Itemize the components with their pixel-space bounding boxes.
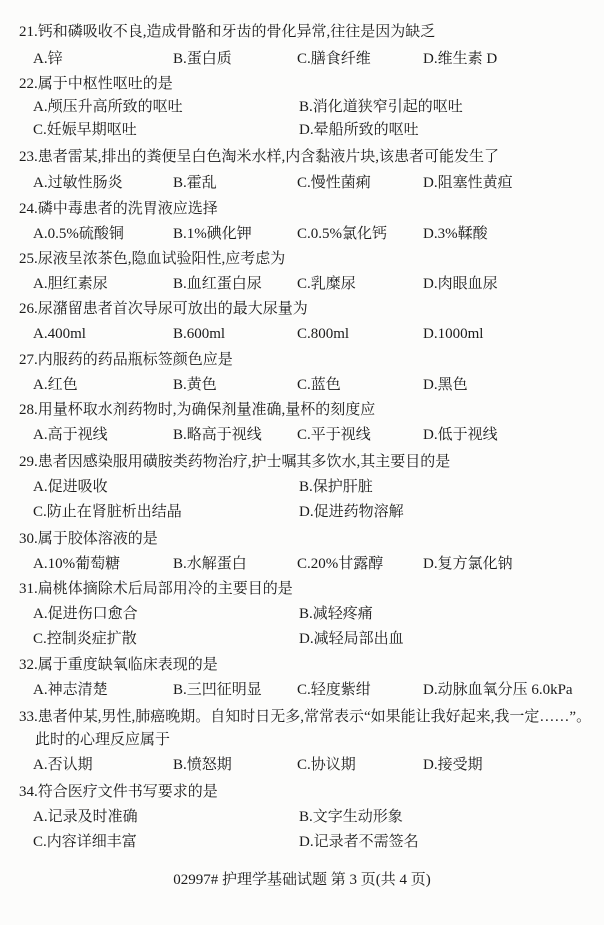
option-label: A. <box>33 99 48 115</box>
question-stem-line: 33.患者仲某,男性,肺癌晚期。自知时日无多,常常表示“如果能让我好起来,我一定… <box>0 705 604 730</box>
question-text: 内服药的药品瓶标签颜色应是 <box>38 352 233 368</box>
option-text: 10%葡萄糖 <box>48 556 121 572</box>
question-text: 钙和磷吸收不良,造成骨骼和牙齿的骨化异常,往往是因为缺乏 <box>38 24 436 40</box>
options-row: C.控制炎症扩散D.减轻局部出血 <box>0 627 604 652</box>
question-number: 28. <box>19 402 38 418</box>
question-text: 属于重度缺氧临床表现的是 <box>38 657 218 673</box>
question-text: 符合医疗文件书写要求的是 <box>38 784 218 800</box>
option: C.轻度紫绀 <box>297 678 371 703</box>
option-label: C. <box>297 682 311 698</box>
option-label: B. <box>299 809 313 825</box>
question-number: 21. <box>19 24 38 40</box>
option: B.减轻疼痛 <box>299 602 373 627</box>
options-row: A.神志清楚B.三凹征明显C.轻度紫绀D.动脉血氧分压 6.0kPa <box>0 678 604 703</box>
options-row: A.高于视线B.略高于视线C.平于视线D.低于视线 <box>0 423 604 448</box>
question-stem: 27.内服药的药品瓶标签颜色应是 <box>19 348 233 373</box>
page-footer: 02997# 护理学基础试题 第 3 页(共 4 页) <box>0 868 604 893</box>
option-label: A. <box>33 276 48 292</box>
question-stem: 31.扁桃体摘除术后局部用冷的主要目的是 <box>19 577 293 602</box>
question-stem: 23.患者雷某,排出的粪便呈白色淘米水样,内含黏液片块,该患者可能发生了 <box>19 145 499 170</box>
option: D.阻塞性黄疸 <box>423 171 513 196</box>
options-row: A.促进伤口愈合B.减轻疼痛 <box>0 602 604 627</box>
option-text: 促进药物溶解 <box>314 504 404 520</box>
option-label: A. <box>33 226 48 242</box>
option: C.内容详细丰富 <box>33 830 137 855</box>
option-text: 保护肝脏 <box>313 479 373 495</box>
option-text: 0.5%氯化钙 <box>311 226 387 242</box>
option: C.妊娠早期呕吐 <box>33 118 137 143</box>
option: D.维生素 D <box>423 47 497 72</box>
option-label: B. <box>173 276 187 292</box>
option-label: A. <box>33 757 48 773</box>
option-label: A. <box>33 809 48 825</box>
option-text: 消化道狭窄引起的呕吐 <box>313 99 463 115</box>
option: C.20%甘露醇 <box>297 552 383 577</box>
option-label: D. <box>423 682 438 698</box>
option: B.三凹征明显 <box>173 678 262 703</box>
question-number: 26. <box>19 301 38 317</box>
option-label: B. <box>173 326 187 342</box>
question-number: 33. <box>19 709 38 725</box>
option-label: A. <box>33 51 48 67</box>
option: B.1%碘化钾 <box>173 222 252 247</box>
option-label: D. <box>423 175 438 191</box>
option-text: 记录及时准确 <box>48 809 138 825</box>
option-text: 阻塞性黄疸 <box>438 175 513 191</box>
option-label: B. <box>299 606 313 622</box>
question-stem: 33.患者仲某,男性,肺癌晚期。自知时日无多,常常表示“如果能让我好起来,我一定… <box>19 705 591 730</box>
option: C.乳糜尿 <box>297 272 356 297</box>
question-stem: 21.钙和磷吸收不良,造成骨骼和牙齿的骨化异常,往往是因为缺乏 <box>19 20 435 45</box>
question-stem-line: 25.尿液呈浓茶色,隐血试验阳性,应考虑为 <box>0 247 604 272</box>
option: B.霍乱 <box>173 171 217 196</box>
question-stem-line: 31.扁桃体摘除术后局部用冷的主要目的是 <box>0 577 604 602</box>
question-number: 29. <box>19 454 38 470</box>
option-text: 促进伤口愈合 <box>48 606 138 622</box>
option-text: 黑色 <box>438 377 468 393</box>
option-text: 胆红素尿 <box>48 276 108 292</box>
option-label: C. <box>297 377 311 393</box>
option-text: 霍乱 <box>187 175 217 191</box>
question-stem: 24.磷中毒患者的洗胃液应选择 <box>19 197 218 222</box>
question-text: 属于中枢性呕吐的是 <box>38 76 173 92</box>
option: D.肉眼血尿 <box>423 272 498 297</box>
option-label: D. <box>299 834 314 850</box>
option-text: 锌 <box>48 51 63 67</box>
question-stem: 29.患者因感染服用磺胺类药物治疗,护士嘱其多饮水,其主要目的是 <box>19 450 450 475</box>
option-text: 减轻局部出血 <box>314 631 404 647</box>
option-label: B. <box>173 226 187 242</box>
question-stem-line: 30.属于胶体溶液的是 <box>0 527 604 552</box>
option-label: A. <box>33 606 48 622</box>
option: A.促进伤口愈合 <box>33 602 138 627</box>
option-label: C. <box>297 276 311 292</box>
option: C.慢性菌痢 <box>297 171 371 196</box>
option: D.晕船所致的呕吐 <box>299 118 419 143</box>
option-text: 促进吸收 <box>48 479 108 495</box>
options-row: A.0.5%硫酸铜B.1%碘化钾C.0.5%氯化钙D.3%鞣酸 <box>0 222 604 247</box>
option-label: D. <box>299 631 314 647</box>
option: C.膳食纤维 <box>297 47 371 72</box>
option-label: C. <box>297 757 311 773</box>
question-number: 32. <box>19 657 38 673</box>
option: D.复方氯化钠 <box>423 552 513 577</box>
option-label: C. <box>33 631 47 647</box>
option-text: 接受期 <box>438 757 483 773</box>
option-label: B. <box>173 51 187 67</box>
question-text: 尿潴留患者首次导尿可放出的最大尿量为 <box>38 301 308 317</box>
option-text: 神志清楚 <box>48 682 108 698</box>
option-label: A. <box>33 682 48 698</box>
option-text: 愤怒期 <box>187 757 232 773</box>
option: A.过敏性肠炎 <box>33 171 123 196</box>
option: D.动脉血氧分压 6.0kPa <box>423 678 573 703</box>
option: A.高于视线 <box>33 423 108 448</box>
option-label: A. <box>33 479 48 495</box>
question-stem: 此时的心理反应属于 <box>35 728 170 753</box>
option: B.消化道狭窄引起的呕吐 <box>299 95 463 120</box>
option-label: D. <box>299 122 314 138</box>
option-text: 过敏性肠炎 <box>48 175 123 191</box>
option-label: D. <box>423 556 438 572</box>
option-label: B. <box>173 175 187 191</box>
option-text: 1000ml <box>438 326 484 342</box>
option-text: 黄色 <box>187 377 217 393</box>
option-label: B. <box>173 757 187 773</box>
option-text: 记录者不需签名 <box>314 834 419 850</box>
question-number: 31. <box>19 581 38 597</box>
exam-page: 02997# 护理学基础试题 第 3 页(共 4 页) 21.钙和磷吸收不良,造… <box>0 0 604 925</box>
option-text: 三凹征明显 <box>187 682 262 698</box>
option-text: 文字生动形象 <box>313 809 403 825</box>
option-label: B. <box>173 682 187 698</box>
question-text: 患者仲某,男性,肺癌晚期。自知时日无多,常常表示“如果能让我好起来,我一定……”… <box>38 709 591 725</box>
question-number: 23. <box>19 149 38 165</box>
option-label: D. <box>423 276 438 292</box>
option: A.锌 <box>33 47 63 72</box>
option-label: C. <box>297 556 311 572</box>
option: A.红色 <box>33 373 78 398</box>
option-text: 略高于视线 <box>187 427 262 443</box>
option-text: 防止在肾脏析出结晶 <box>47 504 182 520</box>
option: A.促进吸收 <box>33 475 108 500</box>
question-stem: 30.属于胶体溶液的是 <box>19 527 158 552</box>
options-row: A.记录及时准确B.文字生动形象 <box>0 805 604 830</box>
option-text: 600ml <box>187 326 225 342</box>
option: B.血红蛋白尿 <box>173 272 262 297</box>
question-stem: 28.用量杯取水剂药物时,为确保剂量准确,量杯的刻度应 <box>19 398 375 423</box>
option-label: D. <box>423 326 438 342</box>
option-text: 400ml <box>48 326 86 342</box>
option-label: C. <box>297 226 311 242</box>
option-text: 高于视线 <box>48 427 108 443</box>
option-text: 800ml <box>311 326 349 342</box>
option: A.10%葡萄糖 <box>33 552 120 577</box>
option-text: 血红蛋白尿 <box>187 276 262 292</box>
option-text: 乳糜尿 <box>311 276 356 292</box>
option-label: D. <box>299 504 314 520</box>
option: A.否认期 <box>33 753 93 778</box>
options-row: A.红色B.黄色C.蓝色D.黑色 <box>0 373 604 398</box>
question-stem-line: 27.内服药的药品瓶标签颜色应是 <box>0 348 604 373</box>
options-row: A.400mlB.600mlC.800mlD.1000ml <box>0 322 604 347</box>
option: D.3%鞣酸 <box>423 222 488 247</box>
option: B.文字生动形象 <box>299 805 403 830</box>
option: A.400ml <box>33 322 86 347</box>
option-text: 20%甘露醇 <box>311 556 384 572</box>
option: B.蛋白质 <box>173 47 232 72</box>
option: C.平于视线 <box>297 423 371 448</box>
option-text: 蛋白质 <box>187 51 232 67</box>
option-label: D. <box>423 377 438 393</box>
option-label: D. <box>423 757 438 773</box>
question-text: 患者因感染服用磺胺类药物治疗,护士嘱其多饮水,其主要目的是 <box>38 454 451 470</box>
question-number: 22. <box>19 76 38 92</box>
option-text: 慢性菌痢 <box>311 175 371 191</box>
option-text: 协议期 <box>311 757 356 773</box>
option-text: 减轻疼痛 <box>313 606 373 622</box>
option-label: B. <box>173 556 187 572</box>
question-number: 30. <box>19 531 38 547</box>
question-stem-line: 34.符合医疗文件书写要求的是 <box>0 780 604 805</box>
options-row: A.10%葡萄糖B.水解蛋白C.20%甘露醇D.复方氯化钠 <box>0 552 604 577</box>
question-stem-line: 26.尿潴留患者首次导尿可放出的最大尿量为 <box>0 297 604 322</box>
question-number: 24. <box>19 201 38 217</box>
question-number: 34. <box>19 784 38 800</box>
question-number: 25. <box>19 251 38 267</box>
option-text: 维生素 D <box>438 51 498 67</box>
option: D.1000ml <box>423 322 483 347</box>
option-label: C. <box>297 427 311 443</box>
option-label: C. <box>33 834 47 850</box>
option-text: 妊娠早期呕吐 <box>47 122 137 138</box>
option: D.低于视线 <box>423 423 498 448</box>
option: C.蓝色 <box>297 373 341 398</box>
option-text: 颅压升高所致的呕吐 <box>48 99 183 115</box>
option-label: A. <box>33 427 48 443</box>
question-stem-line: 32.属于重度缺氧临床表现的是 <box>0 653 604 678</box>
option: A.颅压升高所致的呕吐 <box>33 95 183 120</box>
option: A.0.5%硫酸铜 <box>33 222 124 247</box>
option-text: 控制炎症扩散 <box>47 631 137 647</box>
question-text: 此时的心理反应属于 <box>35 732 170 748</box>
option: B.黄色 <box>173 373 217 398</box>
option: C.800ml <box>297 322 349 347</box>
question-stem: 26.尿潴留患者首次导尿可放出的最大尿量为 <box>19 297 308 322</box>
option: D.记录者不需签名 <box>299 830 419 855</box>
question-stem-line: 21.钙和磷吸收不良,造成骨骼和牙齿的骨化异常,往往是因为缺乏 <box>0 20 604 45</box>
option: A.记录及时准确 <box>33 805 138 830</box>
option-text: 复方氯化钠 <box>438 556 513 572</box>
options-row: C.内容详细丰富D.记录者不需签名 <box>0 830 604 855</box>
option-text: 蓝色 <box>311 377 341 393</box>
question-text: 尿液呈浓茶色,隐血试验阳性,应考虑为 <box>38 251 286 267</box>
option-text: 1%碘化钾 <box>187 226 252 242</box>
option-label: A. <box>33 326 48 342</box>
option-label: B. <box>173 427 187 443</box>
option-text: 低于视线 <box>438 427 498 443</box>
option: C.0.5%氯化钙 <box>297 222 387 247</box>
question-stem: 34.符合医疗文件书写要求的是 <box>19 780 218 805</box>
option-label: A. <box>33 556 48 572</box>
option: D.黑色 <box>423 373 468 398</box>
option: C.控制炎症扩散 <box>33 627 137 652</box>
option: B.愤怒期 <box>173 753 232 778</box>
question-stem-line: 28.用量杯取水剂药物时,为确保剂量准确,量杯的刻度应 <box>0 398 604 423</box>
question-text: 用量杯取水剂药物时,为确保剂量准确,量杯的刻度应 <box>38 402 376 418</box>
option-text: 否认期 <box>48 757 93 773</box>
question-stem: 22.属于中枢性呕吐的是 <box>19 72 173 97</box>
question-text: 患者雷某,排出的粪便呈白色淘米水样,内含黏液片块,该患者可能发生了 <box>38 149 499 165</box>
option-text: 平于视线 <box>311 427 371 443</box>
option-label: A. <box>33 377 48 393</box>
option: C.协议期 <box>297 753 356 778</box>
option: B.水解蛋白 <box>173 552 247 577</box>
option-label: C. <box>297 326 311 342</box>
option: B.略高于视线 <box>173 423 262 448</box>
option: A.胆红素尿 <box>33 272 108 297</box>
question-stem: 32.属于重度缺氧临床表现的是 <box>19 653 218 678</box>
options-row: A.锌B.蛋白质C.膳食纤维D.维生素 D <box>0 47 604 72</box>
option-label: A. <box>33 175 48 191</box>
option-text: 晕船所致的呕吐 <box>314 122 419 138</box>
option-text: 轻度紫绀 <box>311 682 371 698</box>
options-row: C.妊娠早期呕吐D.晕船所致的呕吐 <box>0 118 604 143</box>
option: D.促进药物溶解 <box>299 500 404 525</box>
options-row: A.胆红素尿B.血红蛋白尿C.乳糜尿D.肉眼血尿 <box>0 272 604 297</box>
option-text: 膳食纤维 <box>311 51 371 67</box>
option: B.保护肝脏 <box>299 475 373 500</box>
option: D.减轻局部出血 <box>299 627 404 652</box>
option-label: B. <box>299 99 313 115</box>
option-label: D. <box>423 51 438 67</box>
options-row: A.促进吸收B.保护肝脏 <box>0 475 604 500</box>
option-text: 0.5%硫酸铜 <box>48 226 124 242</box>
question-number: 27. <box>19 352 38 368</box>
question-text: 扁桃体摘除术后局部用冷的主要目的是 <box>38 581 293 597</box>
option-label: B. <box>299 479 313 495</box>
option-label: C. <box>33 504 47 520</box>
option: D.接受期 <box>423 753 483 778</box>
options-row: A.颅压升高所致的呕吐B.消化道狭窄引起的呕吐 <box>0 95 604 120</box>
option-text: 红色 <box>48 377 78 393</box>
option-label: C. <box>33 122 47 138</box>
option-text: 动脉血氧分压 6.0kPa <box>438 682 573 698</box>
question-stem-line: 22.属于中枢性呕吐的是 <box>0 72 604 97</box>
question-stem-line: 23.患者雷某,排出的粪便呈白色淘米水样,内含黏液片块,该患者可能发生了 <box>0 145 604 170</box>
option-label: C. <box>297 51 311 67</box>
question-stem-line: 此时的心理反应属于 <box>0 728 604 753</box>
question-text: 磷中毒患者的洗胃液应选择 <box>38 201 218 217</box>
question-stem-line: 24.磷中毒患者的洗胃液应选择 <box>0 197 604 222</box>
option-text: 内容详细丰富 <box>47 834 137 850</box>
options-row: A.过敏性肠炎B.霍乱C.慢性菌痢D.阻塞性黄疸 <box>0 171 604 196</box>
option-label: B. <box>173 377 187 393</box>
question-stem: 25.尿液呈浓茶色,隐血试验阳性,应考虑为 <box>19 247 285 272</box>
option-text: 水解蛋白 <box>187 556 247 572</box>
option-label: D. <box>423 226 438 242</box>
options-row: C.防止在肾脏析出结晶D.促进药物溶解 <box>0 500 604 525</box>
option-text: 肉眼血尿 <box>438 276 498 292</box>
question-stem-line: 29.患者因感染服用磺胺类药物治疗,护士嘱其多饮水,其主要目的是 <box>0 450 604 475</box>
option-label: C. <box>297 175 311 191</box>
option-label: D. <box>423 427 438 443</box>
options-row: A.否认期B.愤怒期C.协议期D.接受期 <box>0 753 604 778</box>
question-text: 属于胶体溶液的是 <box>38 531 158 547</box>
option: B.600ml <box>173 322 225 347</box>
option-text: 3%鞣酸 <box>438 226 488 242</box>
option: A.神志清楚 <box>33 678 108 703</box>
option: C.防止在肾脏析出结晶 <box>33 500 182 525</box>
